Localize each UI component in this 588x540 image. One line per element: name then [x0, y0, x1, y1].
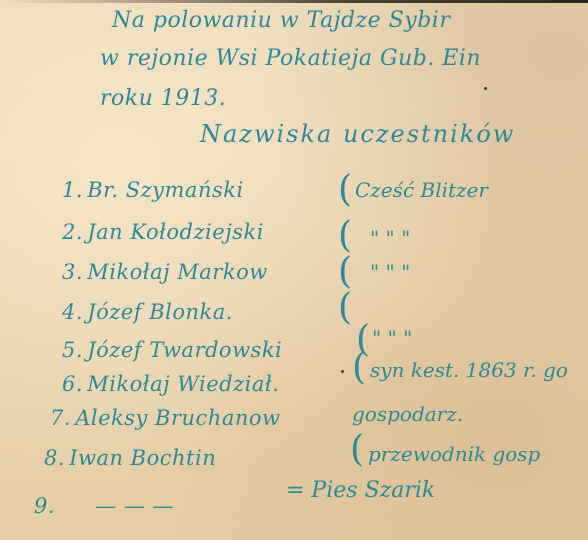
header-line-3-year: roku 1913.: [100, 86, 226, 111]
entry-number: 8.: [44, 446, 62, 470]
list-item-4: 4. Józef Blonka.: [62, 300, 233, 324]
paper-top-edge: [0, 0, 588, 3]
list-item-9: 9. — — —: [34, 494, 174, 518]
header-line-1: Na polowaniu w Tajdze Sybir: [112, 8, 450, 33]
brace-mark: (: [352, 350, 366, 386]
brace-mark: (: [338, 290, 352, 326]
entry-number: 6.: [62, 372, 80, 396]
list-item-1: 1. Br. Szymański: [62, 178, 244, 202]
entry-note-8: przewodnik gosp: [368, 442, 540, 466]
list-item-2: 2. Jan Kołodziejski: [62, 220, 264, 244]
entry-number: 5.: [62, 338, 80, 362]
brace-mark: (: [338, 218, 352, 254]
brace-mark: (: [338, 254, 352, 290]
entry-note-5: " " ": [372, 326, 412, 350]
header-line-2: w rejonie Wsi Pokatieja Gub. Ein: [100, 46, 481, 71]
ink-speck: [341, 370, 344, 373]
list-item-7: 7. Aleksy Bruchanow: [50, 406, 280, 430]
entry-name: — — —: [59, 494, 174, 518]
entry-note-2: " " ": [370, 226, 410, 250]
list-item-8: 8. Iwan Bochtin: [44, 446, 216, 470]
entry-number: 7.: [50, 406, 68, 430]
entry-name: Aleksy Bruchanow: [75, 406, 280, 430]
subtitle-participants: Nazwiska uczestników: [200, 120, 515, 148]
list-item-3: 3. Mikołaj Markow: [62, 260, 268, 284]
entry-note-6: syn kest. 1863 r. go: [370, 358, 568, 382]
brace-mark: (: [350, 432, 364, 468]
entry-name: Józef Blonka.: [87, 300, 233, 324]
entry-note-9: = Pies Szarik: [286, 478, 435, 503]
entry-name: Jan Kołodziejski: [87, 220, 264, 244]
entry-name: Iwan Bochtin: [69, 446, 216, 470]
entry-note-1: Cześć Blitzer: [355, 178, 488, 202]
entry-name: Józef Twardowski: [87, 338, 282, 362]
list-item-6: 6. Mikołaj Wiedział.: [62, 372, 279, 396]
entry-number: 9.: [34, 494, 52, 518]
entry-number: 1.: [62, 178, 80, 202]
entry-note-3: " " ": [370, 260, 410, 284]
list-item-5: 5. Józef Twardowski: [62, 338, 282, 362]
entry-number: 4.: [62, 300, 80, 324]
handwritten-document-page: Na polowaniu w Tajdze Sybir w rejonie Ws…: [0, 0, 588, 540]
entry-name: Br. Szymański: [87, 178, 244, 202]
entry-number: 2.: [62, 220, 80, 244]
entry-note-7: gospodarz.: [352, 402, 463, 426]
brace-mark: (: [338, 172, 352, 208]
entry-number: 3.: [62, 260, 80, 284]
entry-name: Mikołaj Markow: [87, 260, 268, 284]
entry-name: Mikołaj Wiedział.: [87, 372, 279, 396]
ink-speck: [484, 87, 487, 90]
